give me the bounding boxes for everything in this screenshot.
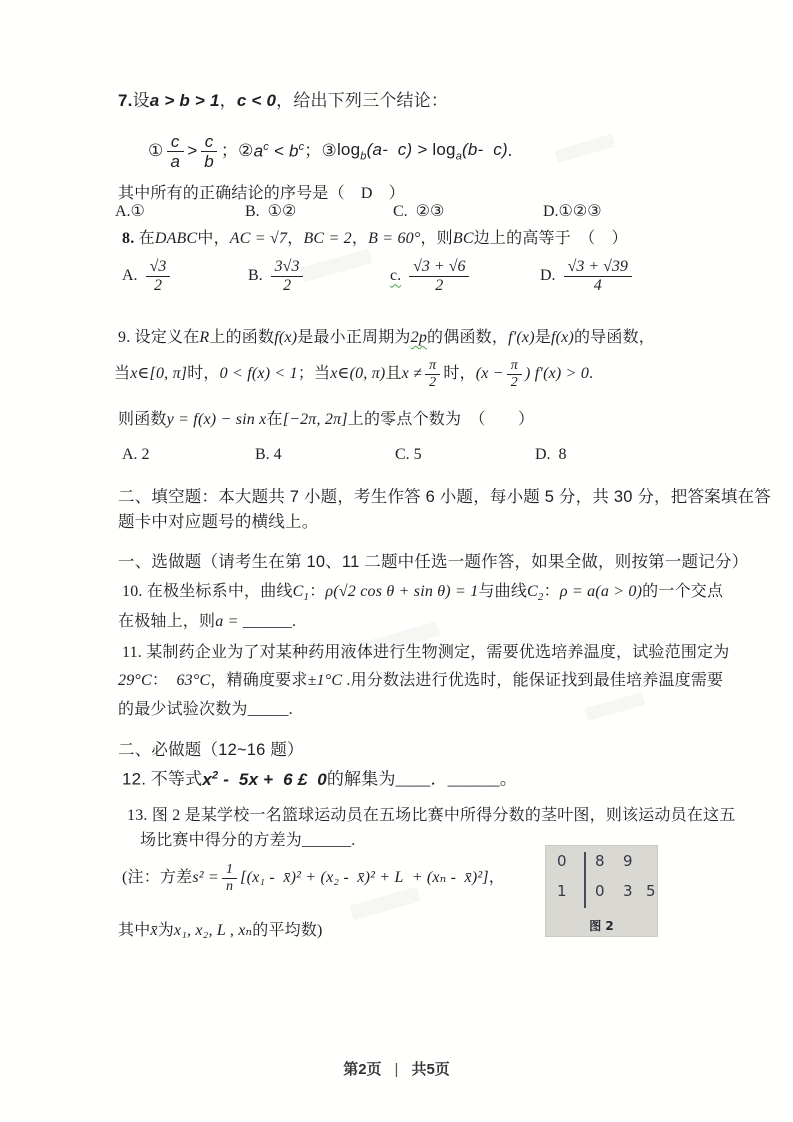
- question-number: 9.: [118, 329, 130, 346]
- stem-leaf-divider: [584, 852, 586, 908]
- leaf-value: 3: [623, 882, 633, 900]
- figure-caption: 图 2: [545, 917, 658, 934]
- math-expression: s² =: [192, 868, 219, 889]
- text-segment: (注：方差: [122, 868, 192, 889]
- question-9-stem-line-1: 9. 设定义在R上的函数f(x)是最小正周期为2p的偶函数，f′(x)是f(x)…: [118, 328, 655, 349]
- answer-blank: ______: [302, 832, 351, 849]
- text-segment: 其中: [118, 922, 150, 939]
- watermark-artifact: [584, 692, 645, 721]
- option-c: c.√3 + √62: [390, 258, 472, 295]
- fraction-numerator: √3 + √39: [564, 258, 632, 277]
- text-segment: 在极坐标系中，曲线: [147, 583, 293, 600]
- relation: >: [187, 140, 197, 162]
- exponent: c: [263, 141, 269, 153]
- separator: ；: [304, 140, 321, 162]
- answer-blank: ______: [243, 613, 292, 630]
- section-optional-header: 一、选做题（请考生在第 10、11 二题中任选一题作答，如果全做，则按第一题记分…: [118, 552, 748, 573]
- fraction-numerator: c: [201, 132, 218, 152]
- fraction: π2: [507, 358, 522, 390]
- option-label: A.: [122, 267, 138, 285]
- section-compulsory-header: 二、必做题（12~16 题）: [118, 740, 304, 761]
- text-segment: 是最小正周期为: [297, 329, 410, 346]
- math-expression: x₁, x₂, L , xₙ: [174, 922, 252, 939]
- page-number: 第2页: [343, 1061, 381, 1078]
- item-3-label: ③: [322, 140, 337, 162]
- leaf-value: 5: [646, 882, 656, 900]
- fraction: √3 + √62: [409, 258, 469, 295]
- question-7-stem: 7.设a > b > 1，c < 0，给出下列三个结论：: [118, 90, 448, 112]
- math-expression: y = f(x) − sin x: [167, 411, 267, 428]
- text-segment: ：: [152, 672, 177, 689]
- question-8-options: A.√32 B.3√32 c.√3 + √62 D.√3 + √394: [0, 258, 700, 312]
- text-segment: ，则: [420, 230, 452, 247]
- question-13-note-line-2: 其中x̄为x₁, x₂, L , xₙ的平均数): [118, 921, 323, 942]
- text-segment: 时，: [443, 364, 475, 385]
- option-a: A. 2: [122, 446, 150, 464]
- stem-value: 0: [557, 852, 567, 870]
- math-expression: C: [527, 583, 538, 600]
- text-segment: 的解集为: [327, 770, 396, 789]
- stem-value: 1: [557, 882, 567, 900]
- question-10-stem-line-1: 10. 在极坐标系中，曲线C1：ρ(√2 cos θ + sin θ) = 1与…: [122, 582, 723, 604]
- math-expression: 63°C: [176, 672, 210, 689]
- text-segment: 设: [133, 91, 150, 110]
- base: b: [289, 142, 299, 161]
- fraction-numerator: √3 + √6: [409, 258, 469, 277]
- fraction: √32: [146, 258, 171, 295]
- math-expression: DABC: [155, 230, 198, 247]
- separator: ；: [221, 140, 238, 162]
- option-label: B.: [248, 267, 263, 285]
- text-segment: 场比赛中得分的方差为: [140, 832, 302, 849]
- leaf-value: 0: [595, 882, 605, 900]
- text-segment: ，给出下列三个结论：: [276, 91, 448, 110]
- fraction-denominator: a: [166, 152, 184, 171]
- separator: ，: [489, 868, 505, 889]
- text-segment: 在: [266, 411, 282, 428]
- text-segment: 为: [158, 922, 174, 939]
- question-13-stem-line-1: 13. 图 2 是某学校一名篮球运动员在五场比赛中所得分数的茎叶图，则该运动员在…: [127, 806, 735, 827]
- question-number: 8.: [122, 230, 134, 247]
- text-segment: ，: [287, 230, 303, 247]
- fraction-numerator: π: [507, 358, 522, 375]
- question-7-items: ①ca>cb； ②ac < bc； ③logb(a- c) > loga(b- …: [148, 132, 512, 171]
- item-2-label: ②: [238, 140, 253, 162]
- math-expression: a =: [215, 613, 243, 630]
- text-segment: ，: [220, 91, 237, 110]
- fraction-denominator: 4: [590, 277, 606, 295]
- period: .: [292, 613, 296, 630]
- option-c: C. ②③: [393, 201, 444, 221]
- fraction-denominator: 2: [425, 375, 440, 391]
- fraction-numerator: 1: [222, 862, 237, 879]
- option-a: A.①: [115, 201, 145, 221]
- math-expression: [(x₁ - x̄)² + (x₂ - x̄)² + L + (xₙ - x̄)…: [240, 868, 489, 889]
- option-a: A.√32: [122, 258, 173, 295]
- math-expression: AC = √7: [230, 230, 287, 247]
- text-segment: 图 2 是某学校一名篮球运动员在五场比赛中所得分数的茎叶图，则该运动员在这五: [152, 807, 736, 824]
- question-number: 12.: [122, 770, 146, 789]
- question-number: 13.: [127, 807, 148, 824]
- option-b: B. 4: [255, 446, 282, 464]
- exam-paper-page: 7.设a > b > 1，c < 0，给出下列三个结论： ①ca>cb； ②ac…: [0, 0, 793, 1122]
- text-segment: 与曲线: [478, 583, 527, 600]
- math-expression: logb(a- c) > loga(b- c): [337, 139, 508, 164]
- leaf-value: 8: [595, 852, 605, 870]
- text-segment: 的偶函数，: [427, 329, 508, 346]
- text-segment: 某制药企业为了对某种药用液体进行生物测定，需要优选培养温度，试验范围定为: [146, 644, 729, 661]
- text-segment: 上的零点个数为: [348, 411, 461, 428]
- question-number: 11.: [122, 644, 142, 661]
- expression-tail: - 5x + 6 £ 0: [218, 770, 327, 789]
- fraction: π2: [425, 358, 440, 390]
- question-10-stem-line-2: 在极轴上，则a = ______.: [118, 612, 296, 633]
- math-expression: 29°C: [118, 672, 152, 689]
- fraction: cb: [200, 132, 218, 171]
- fraction-denominator: b: [200, 152, 218, 171]
- answer-parentheses: （ ）: [587, 230, 628, 247]
- period: .: [351, 832, 355, 849]
- text-segment: 的导函数，: [574, 329, 655, 346]
- math-expression: [−2π, 2π]: [283, 411, 348, 428]
- math-expression: x∈[0, π]: [130, 364, 187, 385]
- math-expression: BC = 2: [303, 230, 351, 247]
- text-segment: 上的函数: [209, 329, 274, 346]
- section-fill-header-line-1: 二、填空题：本大题共 7 小题，考生作答 6 小题，每小题 5 分，共 30 分…: [118, 487, 771, 508]
- text-segment: ，: [352, 230, 368, 247]
- text-segment: 设定义在: [135, 329, 200, 346]
- question-8-stem: 8. 在DABC中，AC = √7，BC = 2，B = 60°，则BC边上的高…: [122, 229, 628, 250]
- math-expression: (x −: [476, 364, 504, 385]
- fraction-numerator: c: [167, 132, 184, 152]
- math-expression: x̄: [150, 922, 157, 939]
- watermark-artifact: [554, 134, 615, 163]
- fraction-numerator: π: [425, 358, 440, 375]
- option-label: D.: [540, 267, 556, 285]
- math-expression: f(x): [551, 329, 574, 346]
- math-expression: ±1°C: [308, 672, 343, 689]
- base: a: [254, 142, 264, 161]
- fraction-denominator: n: [222, 879, 237, 895]
- text-segment: 时，: [187, 364, 219, 385]
- math-expression: B = 60°: [368, 230, 420, 247]
- math-expression: x2 - 5x + 6 £ 0: [202, 770, 327, 789]
- fraction: 3√32: [271, 258, 304, 295]
- fraction-denominator: 2: [431, 277, 447, 295]
- question-9-stem-line-3: 则函数y = f(x) − sin x在[−2π, 2π]上的零点个数为 （ ）: [118, 410, 534, 431]
- stem-leaf-plot-figure: 0 8 9 1 0 3 5 图 2: [545, 845, 658, 937]
- period: 。: [500, 770, 517, 789]
- period: .: [508, 140, 512, 162]
- question-9-stem-line-2: 当x∈[0, π]时，0 < f(x) < 1；当x∈(0, π)且x ≠π2时…: [114, 358, 593, 390]
- argument: (b- c): [462, 140, 508, 159]
- text-segment: 中，: [197, 230, 229, 247]
- answer-blank: _____: [248, 701, 289, 718]
- fraction-denominator: 2: [150, 277, 166, 295]
- section-fill-header-line-2: 题卡中对应题号的横线上。: [118, 512, 318, 533]
- answer-blank: ____．______: [396, 770, 500, 789]
- text-segment: .用分数法进行优选时，能保证找到最佳培养温度需要: [342, 672, 723, 689]
- math-expression: R: [199, 329, 209, 346]
- item-1-label: ①: [148, 140, 163, 162]
- text-segment: ；当: [298, 364, 330, 385]
- math-expression: x ≠: [402, 364, 422, 385]
- question-11-stem-line-2: 29°C： 63°C，精确度要求±1°C .用分数法进行优选时，能保证找到最佳培…: [118, 671, 723, 692]
- relation: >: [417, 140, 427, 159]
- math-expression: ρ = a(a > 0): [560, 583, 642, 600]
- text-segment: 当: [114, 364, 130, 385]
- text-segment: ：: [544, 583, 560, 600]
- option-d: D.①②③: [543, 201, 602, 221]
- answer-value: D: [361, 185, 373, 202]
- option-c: C. 5: [395, 446, 422, 464]
- fraction-numerator: √3: [146, 258, 171, 277]
- math-expression: x∈(0, π): [330, 364, 385, 385]
- text-segment: 的一个交点: [642, 583, 723, 600]
- question-13-variance-note: (注：方差s² =1n[(x₁ - x̄)² + (x₂ - x̄)² + L …: [122, 862, 505, 894]
- fraction: 1n: [222, 862, 237, 894]
- math-expression: BC: [453, 230, 474, 247]
- text-segment: 在极轴上，则: [118, 613, 215, 630]
- math-expression: ) f′(x) > 0: [525, 364, 589, 385]
- period: .: [289, 701, 293, 718]
- fraction-denominator: 2: [507, 375, 522, 391]
- log-symbol: log: [432, 140, 455, 159]
- question-number: 7.: [118, 91, 133, 110]
- text-segment: ，精确度要求: [210, 672, 307, 689]
- text-segment: 的平均数): [252, 922, 322, 939]
- question-12-stem: 12. 不等式x2 - 5x + 6 £ 0的解集为____．______。: [122, 768, 517, 791]
- fraction-numerator: 3√3: [271, 258, 304, 277]
- question-11-stem-line-3: 的最少试验次数为_____.: [118, 700, 293, 721]
- math-expression: ac < bc: [254, 140, 305, 163]
- option-d: D.√3 + √394: [540, 258, 635, 295]
- option-b: B. ①②: [245, 201, 296, 221]
- math-expression: C: [293, 583, 304, 600]
- question-11-stem-line-1: 11. 某制药企业为了对某种药用液体进行生物测定，需要优选培养温度，试验范围定为: [122, 643, 729, 664]
- text-segment: 则函数: [118, 411, 167, 428]
- math-expression: 0 < f(x) < 1: [220, 364, 298, 385]
- text-segment: ）: [389, 185, 405, 202]
- text-segment: 边上的高等于: [474, 230, 571, 247]
- answer-parentheses: （ ）: [477, 411, 534, 428]
- math-expression: f′(x): [508, 329, 535, 346]
- leaf-value: 9: [623, 852, 633, 870]
- question-number: 10.: [122, 583, 143, 600]
- option-d: D. 8: [535, 446, 567, 464]
- text-segment: 且: [385, 364, 401, 385]
- page-footer: 第2页|共5页: [0, 1058, 793, 1079]
- question-13-stem-line-2: 场比赛中得分的方差为______.: [140, 831, 355, 852]
- text-segment: 不等式: [151, 770, 203, 789]
- option-b: B.3√32: [248, 258, 306, 295]
- footer-separator: |: [395, 1061, 399, 1078]
- text-segment: 是: [535, 329, 551, 346]
- relation: <: [274, 142, 284, 161]
- text-segment: 在: [139, 230, 155, 247]
- period: .: [589, 364, 593, 385]
- log-symbol: log: [337, 140, 360, 159]
- math-expression: c < 0: [237, 91, 276, 110]
- text-segment: 其中所有的正确结论的序号是（: [118, 185, 345, 202]
- variable: x: [202, 770, 212, 789]
- math-expression: ρ(√2 cos θ + sin θ) = 1: [325, 583, 478, 600]
- math-expression: 2p: [411, 329, 427, 346]
- text-segment: ：: [309, 583, 325, 600]
- fraction: ca: [166, 132, 184, 171]
- math-expression: f(x): [274, 329, 297, 346]
- page-total: 共5页: [411, 1061, 449, 1078]
- fraction: √3 + √394: [564, 258, 632, 295]
- text-segment: 的最少试验次数为: [118, 701, 248, 718]
- option-label: c.: [390, 267, 401, 285]
- math-expression: a > b > 1: [150, 91, 220, 110]
- argument: (a- c): [367, 140, 413, 159]
- fraction-denominator: 2: [279, 277, 295, 295]
